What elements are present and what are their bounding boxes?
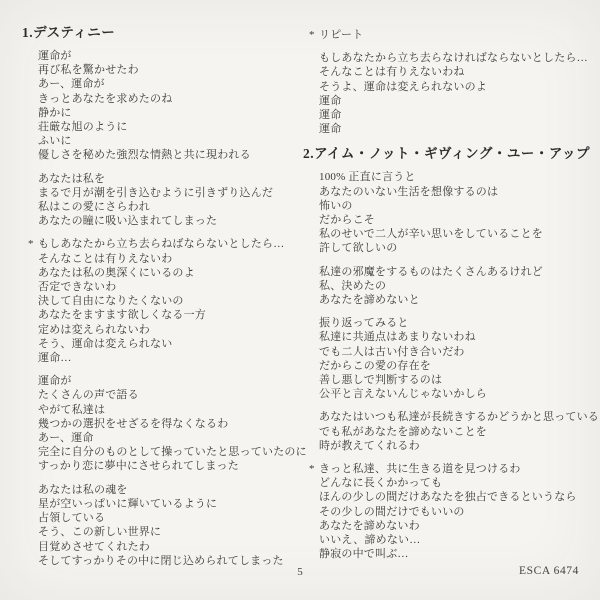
- lyric-line: 私、決めたの: [319, 279, 595, 293]
- lyric-line: あー、運命が: [38, 77, 298, 91]
- lyric-line: あなたのいない生活を想像するのは: [319, 185, 595, 199]
- stanza: 振り返ってみると私達に共通点はあまりないわねでも二人は古い付き合いだわだからこの…: [319, 316, 595, 401]
- repeat-marker: *: [309, 462, 315, 476]
- lyric-line: あなたを諦めないわ: [319, 519, 595, 533]
- repeat-marker: *: [309, 28, 315, 42]
- lyric-line: あなたを諦めないと: [319, 293, 595, 307]
- lyric-line: 目覚めさせてくれたわ: [38, 540, 298, 554]
- page-number: 5: [0, 566, 600, 578]
- lyric-line: ほんの少しの間だけあなたを独占できるというなら: [319, 490, 595, 504]
- lyric-line: 静かに: [38, 106, 298, 120]
- lyric-line: そう、この新しい世界に: [38, 525, 298, 539]
- song-title: 2.アイム・ノット・ギヴィング・ユー・アップ: [303, 145, 595, 163]
- lyrics-page: 1.デスティニー運命が再び私を驚かせたわあー、運命がきっとあなたを求めたのね静か…: [0, 0, 600, 600]
- lyric-line: 占領している: [38, 511, 298, 525]
- lyric-line: *リピート: [319, 28, 595, 42]
- catalog-number: ESCA 6474: [519, 565, 579, 577]
- lyric-line: 幾つかの選択をせざるを得なくなるわ: [38, 417, 298, 431]
- stanza: *きっと私達、共に生きる道を見つけるわどんなに長くかかってもほんの少しの間だけあ…: [319, 462, 595, 561]
- lyric-line: 完全に自分のものとして操っていたと思っていたのに: [38, 445, 298, 459]
- lyric-line: 再び私を驚かせたわ: [38, 63, 298, 77]
- lyric-line: その少しの間だけでもいいの: [319, 505, 595, 519]
- lyric-line: 善し悪しで判断するのは: [319, 373, 595, 387]
- lyric-line: *きっと私達、共に生きる道を見つけるわ: [319, 462, 595, 476]
- lyric-line: たくさんの声で語る: [38, 388, 298, 402]
- lyric-line: あなたは私を: [38, 172, 298, 186]
- lyric-line: 定めは変えられないわ: [38, 323, 298, 337]
- lyric-line: 星が空いっぱいに輝いているように: [38, 497, 298, 511]
- song-title: 1.デスティニー: [22, 24, 298, 42]
- lyric-line: 運命が: [38, 374, 298, 388]
- lyric-line: 私達に共通点はあまりないわね: [319, 330, 595, 344]
- repeat-marker: *: [28, 237, 34, 251]
- stanza: 運命がたくさんの声で語るやがて私達は幾つかの選択をせざるを得なくなるわあー、運命…: [38, 374, 298, 473]
- lyric-line: 運命: [319, 108, 595, 122]
- left-column: 1.デスティニー運命が再び私を驚かせたわあー、運命がきっとあなたを求めたのね静か…: [22, 24, 298, 577]
- lyric-line: *もしあなたから立ち去らねばならないとしたら…: [38, 237, 298, 251]
- lyric-line: 私達の邪魔をするものはたくさんあるけれど: [319, 265, 595, 279]
- lyric-line: 私のせいで二人が辛い思いをしていることを: [319, 227, 595, 241]
- lyric-line: あなたは私の魂を: [38, 483, 298, 497]
- lyric-line: 時が教えてくれるわ: [319, 439, 595, 453]
- stanza: あなたはいつも私達が長続きするかどうかと思っている…でも私があなたを諦めないこと…: [319, 410, 595, 453]
- lyric-line: あなたの瞳に吸い込まれてしまった: [38, 214, 298, 228]
- lyric-line: きっとあなたを求めたのね: [38, 92, 298, 106]
- lyric-line: ふいに: [38, 134, 298, 148]
- lyric-line: 私はこの愛にさらわれ: [38, 200, 298, 214]
- stanza: 100% 正直に言うとあなたのいない生活を想像するのは怖いのだからこそ私のせいで…: [319, 170, 595, 255]
- lyric-line: そんなことは有りえないわ: [38, 252, 298, 266]
- stanza: あなたは私をまるで月が潮を引き込むように引きずり込んだ私はこの愛にさらわれあなた…: [38, 172, 298, 229]
- lyric-line: 否定できないわ: [38, 280, 298, 294]
- lyric-line: 運命が: [38, 49, 298, 63]
- lyric-line: やがて私達は: [38, 403, 298, 417]
- lyric-line: すっかり恋に夢中にさせられてしまった: [38, 459, 298, 473]
- lyric-line: だからこそ: [319, 213, 595, 227]
- lyric-line: 運命: [319, 122, 595, 136]
- lyric-line: 許して欲しいの: [319, 241, 595, 255]
- lyric-line: 静寂の中で叫ぶ…: [319, 547, 595, 561]
- lyric-line: でも二人は古い付き合いだわ: [319, 345, 595, 359]
- lyric-line: 怖いの: [319, 199, 595, 213]
- lyric-line: まるで月が潮を引き込むように引きずり込んだ: [38, 186, 298, 200]
- lyric-line: あー、運命: [38, 431, 298, 445]
- lyric-line: あなたはいつも私達が長続きするかどうかと思っている…: [319, 410, 595, 424]
- lyric-line: 運命: [319, 94, 595, 108]
- lyric-line: いいえ、諦めない…: [319, 533, 595, 547]
- lyric-line: 公平と言えないんじゃないかしら: [319, 387, 595, 401]
- lyric-line: 100% 正直に言うと: [319, 170, 595, 184]
- lyric-line: もしあなたから立ち去らなければならないとしたら…: [319, 51, 595, 65]
- lyric-line: 決して自由になりたくないの: [38, 294, 298, 308]
- lyric-line: 振り返ってみると: [319, 316, 595, 330]
- lyric-line: そう、運命は変えられない: [38, 337, 298, 351]
- right-column: *リピートもしあなたから立ち去らなければならないとしたら…そんなことは有りえない…: [303, 28, 595, 571]
- lyric-line: どんなに長くかかっても: [319, 476, 595, 490]
- lyric-line: 運命…: [38, 351, 298, 365]
- lyric-line: だからこの愛の存在を: [319, 359, 595, 373]
- stanza: *リピート: [319, 28, 595, 42]
- lyric-line: 優しさを秘めた強烈な情熱と共に現われる: [38, 148, 298, 162]
- lyric-line: そうよ、運命は変えられないのよ: [319, 80, 595, 94]
- lyric-line: あなたをますます欲しくなる一方: [38, 308, 298, 322]
- stanza: *もしあなたから立ち去らねばならないとしたら…そんなことは有りえないわあなたは私…: [38, 237, 298, 365]
- stanza: あなたは私の魂を星が空いっぱいに輝いているように占領しているそう、この新しい世界…: [38, 483, 298, 568]
- lyric-line: あなたは私の奥深くにいるのよ: [38, 266, 298, 280]
- stanza: もしあなたから立ち去らなければならないとしたら…そんなことは有りえないわねそうよ…: [319, 51, 595, 136]
- lyric-line: そんなことは有りえないわね: [319, 65, 595, 79]
- stanza: 私達の邪魔をするものはたくさんあるけれど私、決めたのあなたを諦めないと: [319, 265, 595, 308]
- lyric-line: でも私があなたを諦めないことを: [319, 425, 595, 439]
- stanza: 運命が再び私を驚かせたわあー、運命がきっとあなたを求めたのね静かに荘厳な旭のよう…: [38, 49, 298, 163]
- lyric-line: 荘厳な旭のように: [38, 120, 298, 134]
